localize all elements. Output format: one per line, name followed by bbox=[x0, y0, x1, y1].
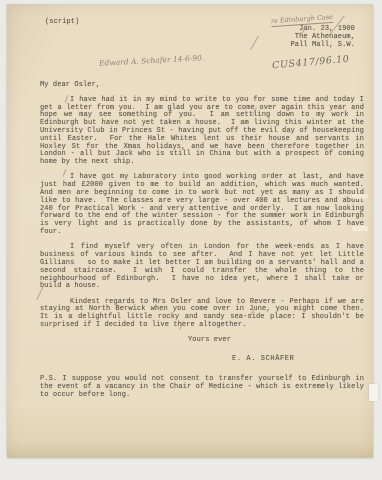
paragraph-3: I find myself very often in London for t… bbox=[40, 244, 364, 291]
signature: E. A. SCHÄFER bbox=[232, 356, 364, 364]
handwritten-name-note: Edward A. Schafer 14-6-90. bbox=[99, 53, 205, 67]
paper-smudge bbox=[352, 194, 368, 199]
paper-smudge bbox=[352, 226, 368, 231]
letter-paper: (script) re Edinburgh Case Jan. 23, 1900… bbox=[7, 4, 373, 457]
closing: Yours ever bbox=[188, 337, 364, 345]
salutation: My dear Osler, bbox=[40, 82, 364, 90]
letter-body: My dear Osler, I have had it in my mind … bbox=[40, 82, 364, 399]
letterhead: Jan. 23, 1900 The Athenaeum, Pall Mall, … bbox=[290, 26, 355, 49]
script-annotation: (script) bbox=[45, 19, 79, 27]
postscript: P.S. I suppose you would not consent to … bbox=[40, 376, 364, 399]
paper-edge-tab bbox=[369, 384, 378, 401]
paragraph-2: I have got my Laboratory into good worki… bbox=[40, 174, 364, 236]
letter-scan: (script) re Edinburgh Case Jan. 23, 1900… bbox=[0, 0, 382, 480]
paragraph-1: I have had it in my mind to write to you… bbox=[40, 97, 364, 167]
address-line-2: Pall Mall, S.W. bbox=[290, 42, 355, 50]
handwritten-reference-number: CUS417/96.10 bbox=[272, 54, 350, 72]
paragraph-4: Kindest regards to Mrs Osler and love to… bbox=[40, 299, 364, 330]
